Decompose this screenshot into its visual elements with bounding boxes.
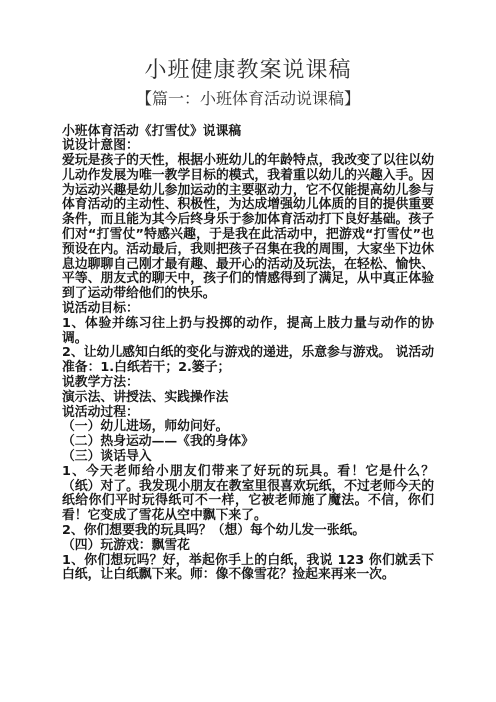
paragraph: 1、今天老师给小朋友们带来了好玩的玩具。看！它是什么？（纸）对了。我发现小朋友在…: [62, 465, 434, 524]
paragraph: （三）谈话导入: [62, 450, 434, 465]
paragraph: 2、让幼儿感知白纸的变化与游戏的递进，乐意参与游戏。 说活动准备：1.白纸若干；…: [62, 346, 434, 376]
document-title: 小班健康教案说课稿: [0, 57, 496, 85]
paragraph: 爱玩是孩子的天性，根据小班幼儿的年龄特点，我改变了以往以幼儿动作发展为唯一教学目…: [62, 154, 434, 302]
paragraph: 说教学方法：: [62, 376, 434, 391]
paragraph: 1、你们想玩吗？好，举起你手上的白纸，我说 123 你们就丢下白纸，让白纸飘下来…: [62, 554, 434, 584]
paragraph: （二）热身运动——《我的身体》: [62, 435, 434, 450]
paragraph: 说活动目标：: [62, 302, 434, 317]
paragraph: （四）玩游戏：飘雪花: [62, 539, 434, 554]
paragraph: 1、体验并练习往上扔与投掷的动作，提高上肢力量与动作的协调。: [62, 317, 434, 347]
paragraph: 说设计意图：: [62, 139, 434, 154]
document-subtitle: 【篇一：小班体育活动说课稿】: [0, 89, 496, 109]
document-body: 小班体育活动《打雪仗》说课稿说设计意图：爱玩是孩子的天性，根据小班幼儿的年龄特点…: [62, 125, 434, 584]
paragraph: 2、你们想要我的玩具吗？（想）每个幼儿发一张纸。: [62, 524, 434, 539]
paragraph: （一）幼儿进场，师幼问好。: [62, 420, 434, 435]
document-page: 小班健康教案说课稿 【篇一：小班体育活动说课稿】 小班体育活动《打雪仗》说课稿说…: [0, 0, 496, 702]
paragraph: 演示法、讲授法、实践操作法: [62, 391, 434, 406]
